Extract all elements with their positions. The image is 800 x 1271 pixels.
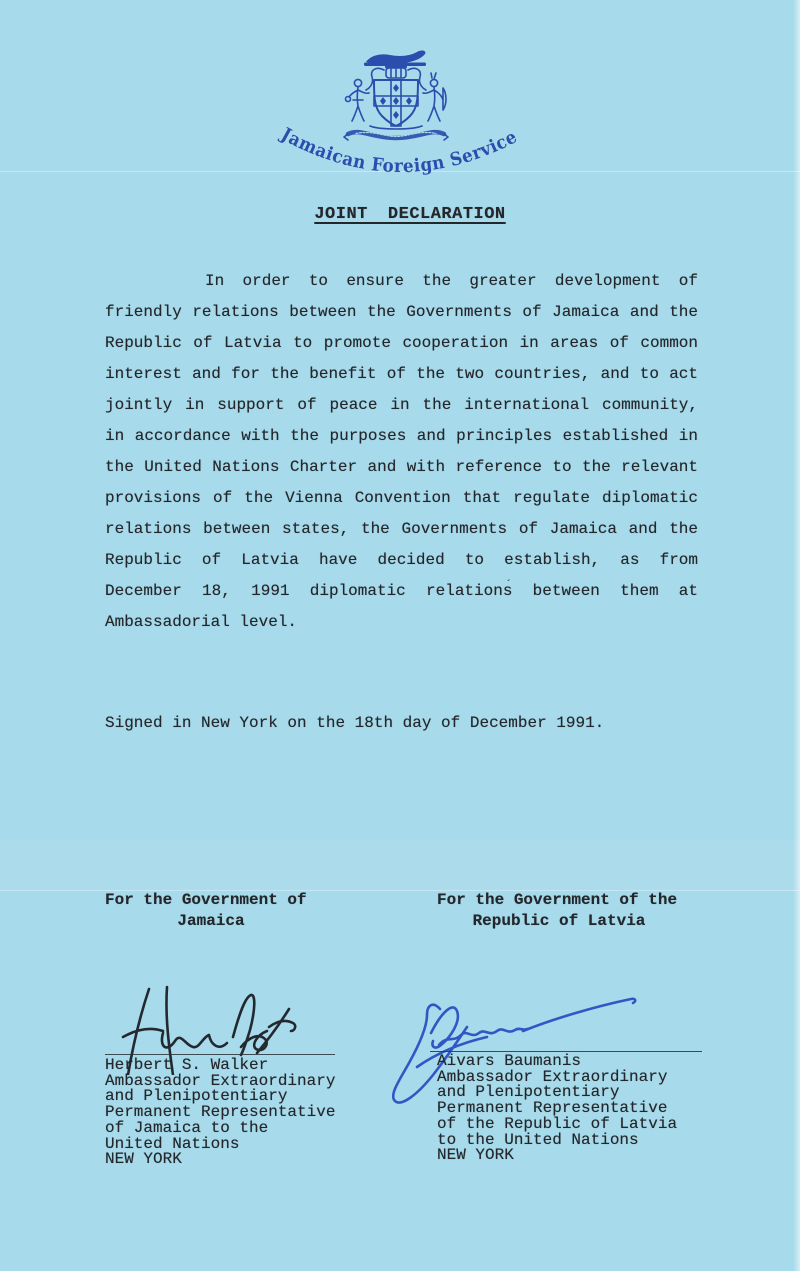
paragraph-line: December 18, 1991 diplomatic relations b… bbox=[105, 576, 698, 607]
signatory-heading-latvia: For the Government of the Republic of La… bbox=[437, 890, 681, 932]
paragraph-line: In order to ensure the greater developme… bbox=[105, 266, 698, 297]
document-page: Jamaican Foreign Service JOINT DECLARATI… bbox=[0, 0, 800, 1271]
crocodile-icon bbox=[366, 51, 425, 64]
signatory-heading-jamaica: For the Government of Jamaica bbox=[105, 890, 317, 932]
declaration-paragraph: In order to ensure the greater developme… bbox=[105, 266, 698, 638]
signature-line-jamaica bbox=[105, 1054, 335, 1055]
heading-line: Jamaica bbox=[105, 911, 317, 932]
paragraph-line: Ambassadorial level. bbox=[105, 607, 698, 638]
svg-text:Jamaican Foreign Service: Jamaican Foreign Service bbox=[276, 123, 521, 177]
paragraph-line: in accordance with the purposes and prin… bbox=[105, 421, 698, 452]
letterhead-caption: Jamaican Foreign Service bbox=[276, 123, 521, 177]
paragraph-line: Republic of Latvia to promote cooperatio… bbox=[105, 328, 698, 359]
paragraph-line: interest and for the benefit of the two … bbox=[105, 359, 698, 390]
signature-block-jamaica: Herbert S. Walker Ambassador Extraordina… bbox=[105, 1058, 335, 1168]
letterhead-caption-arc: Jamaican Foreign Service bbox=[268, 118, 542, 188]
signatory-location: NEW YORK bbox=[105, 1152, 335, 1168]
paragraph-line: friendly relations between the Governmen… bbox=[105, 297, 698, 328]
paragraph-line: provisions of the Vienna Convention that… bbox=[105, 483, 698, 514]
paragraph-line: relations between states, the Government… bbox=[105, 514, 698, 545]
paragraph-line: the United Nations Charter and with refe… bbox=[105, 452, 698, 483]
heading-line: Republic of Latvia bbox=[437, 911, 681, 932]
signed-statement: Signed in New York on the 18th day of De… bbox=[105, 714, 604, 732]
document-title: JOINT DECLARATION bbox=[20, 205, 800, 224]
typewriter-stray-mark: ´ bbox=[505, 578, 512, 592]
heading-line: For the Government of the bbox=[437, 890, 681, 911]
paragraph-line: jointly in support of peace in the inter… bbox=[105, 390, 698, 421]
heading-line: For the Government of bbox=[105, 890, 317, 911]
paragraph-line: Republic of Latvia have decided to estab… bbox=[105, 545, 698, 576]
signature-block-latvia: Aivars Baumanis Ambassador Extraordinary… bbox=[437, 1054, 677, 1164]
signatory-location: NEW YORK bbox=[437, 1148, 677, 1164]
scan-edge-highlight bbox=[793, 0, 800, 1271]
scan-light-band bbox=[0, 840, 800, 890]
